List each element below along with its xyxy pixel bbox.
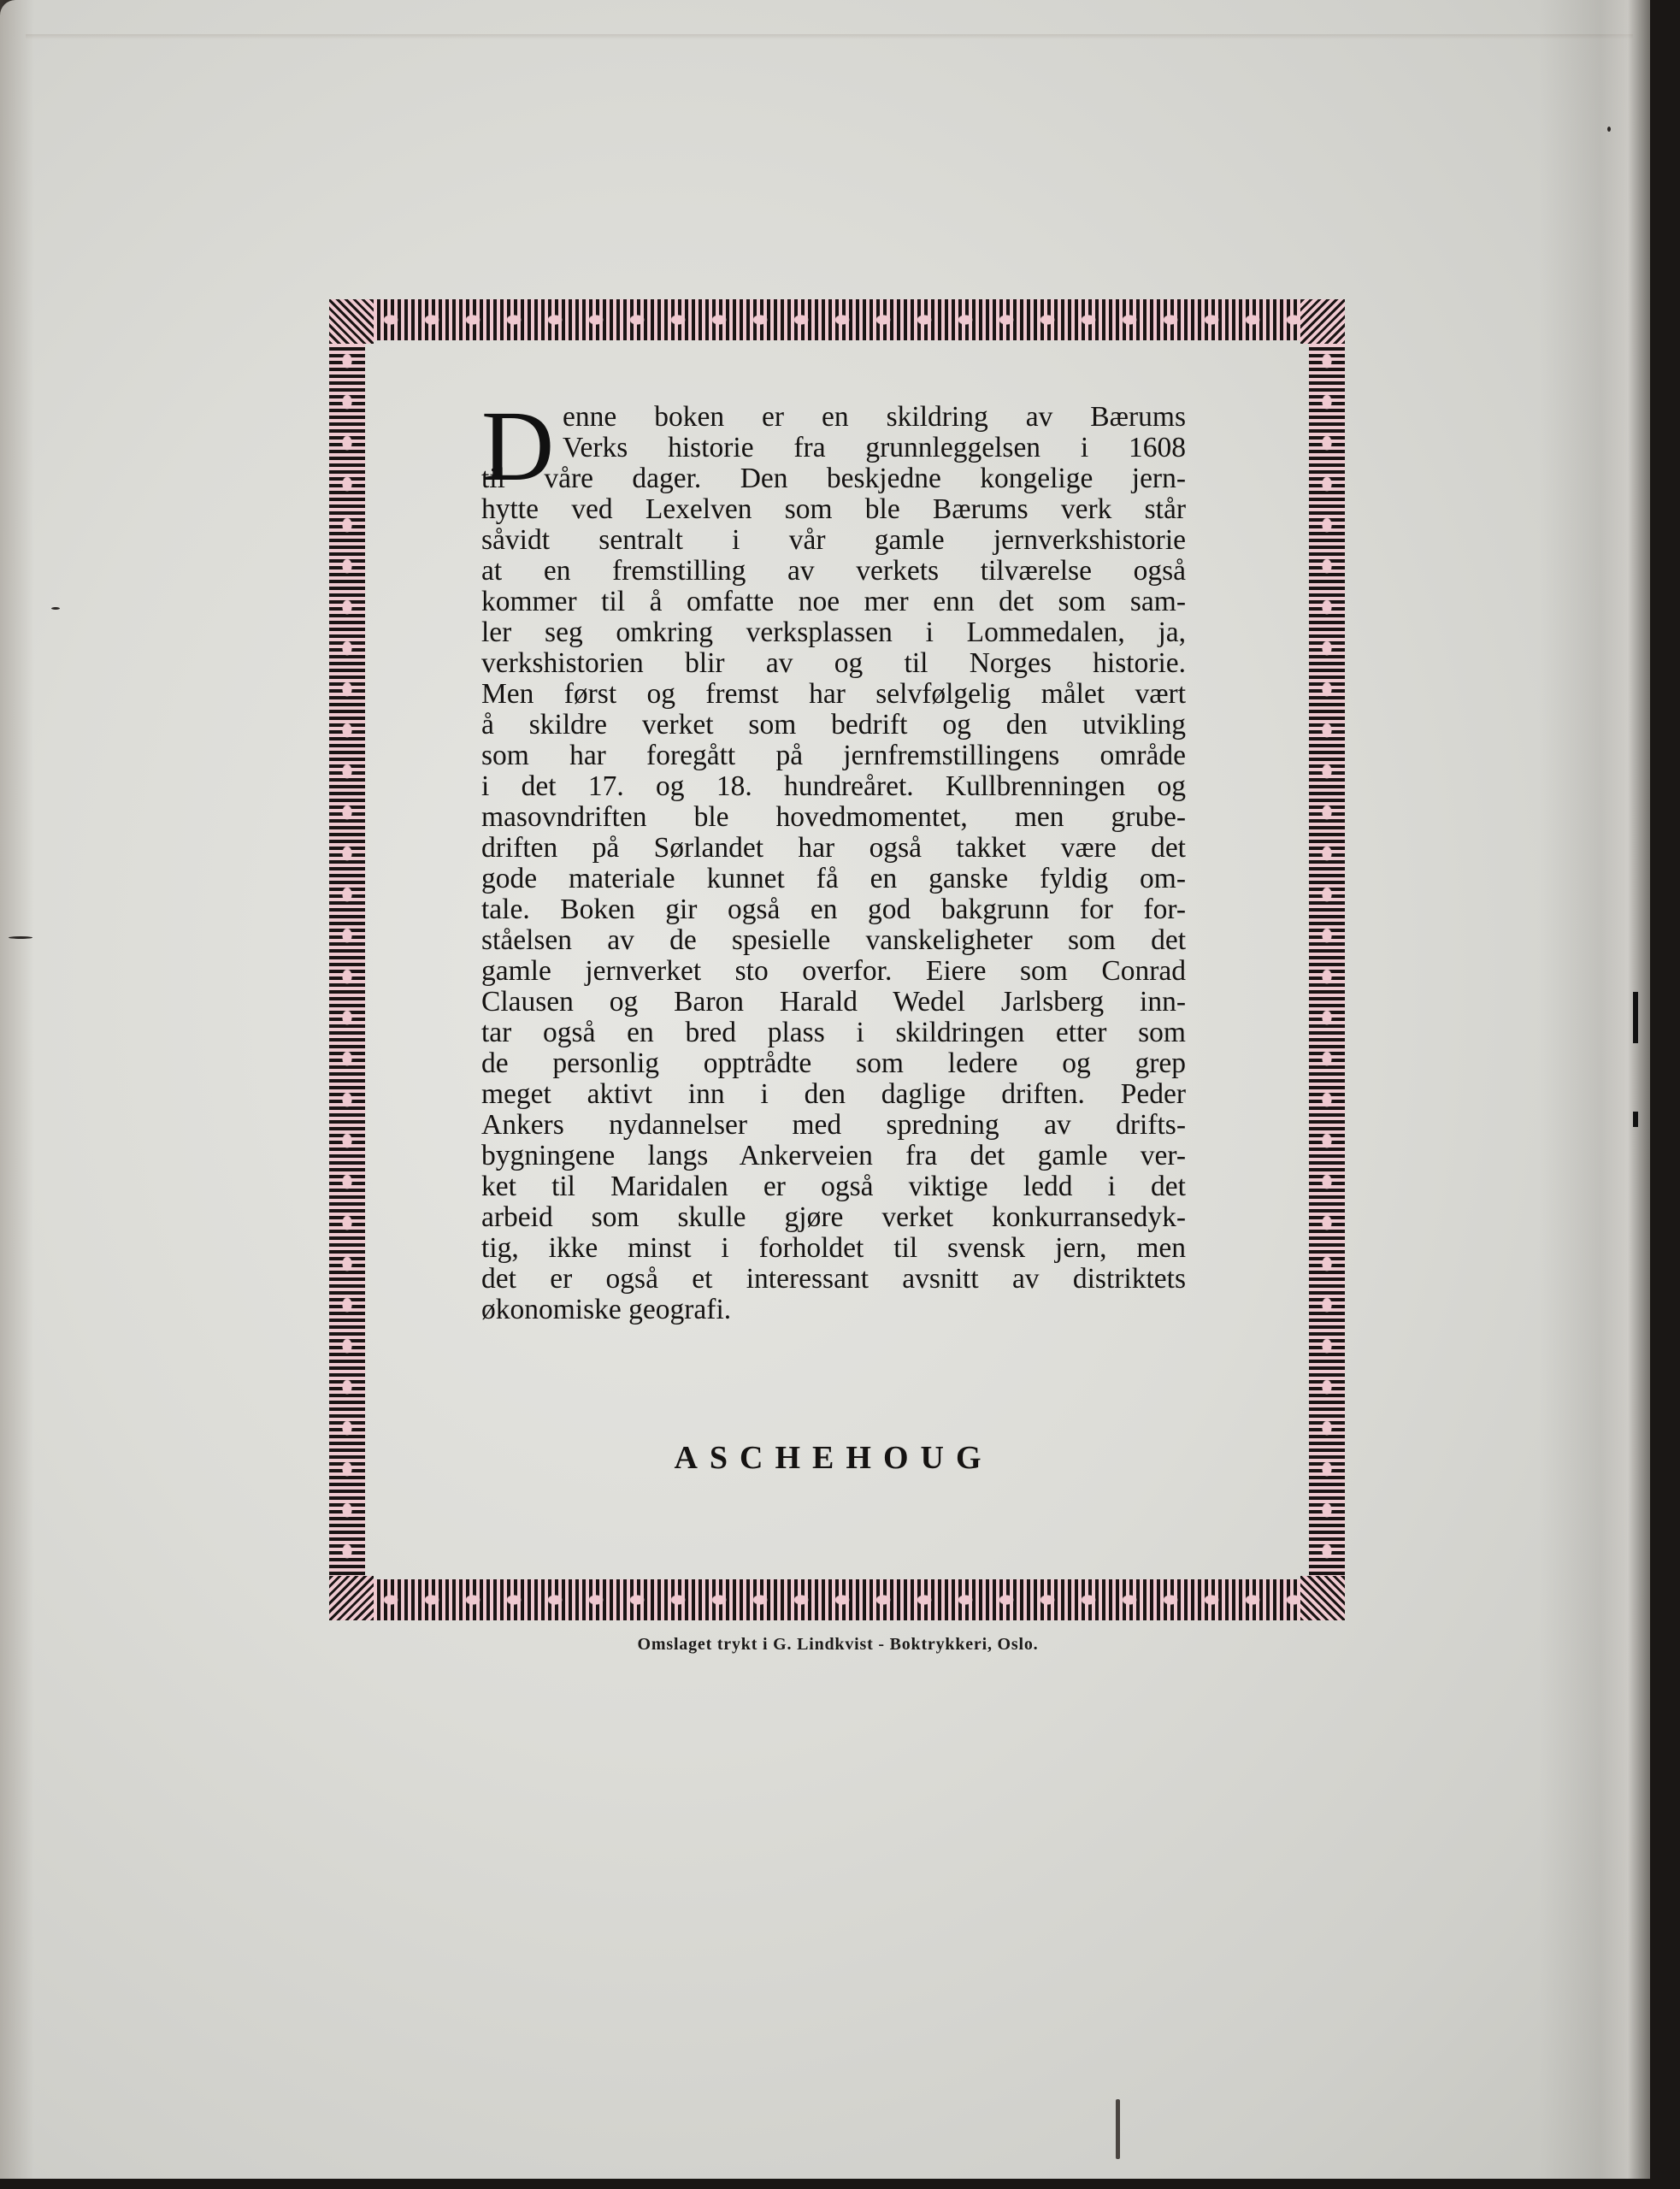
border-right — [1309, 299, 1345, 1620]
book-back-cover: D enne boken er en skildring av Bærums V… — [0, 0, 1650, 2179]
blurb-line: Men først og fremst har selvfølgelig mål… — [481, 679, 1186, 710]
border-top — [329, 299, 1345, 340]
blurb-line: såvidt sentralt i vår gamle jernverkshis… — [481, 525, 1186, 556]
blurb-line: verkshistorien blir av og til Norges his… — [481, 648, 1186, 679]
border-left — [329, 299, 365, 1620]
blurb-line: hytte ved Lexelven som ble Bærums verk s… — [481, 494, 1186, 525]
blurb-line: arbeid som skulle gjøre verket konkurran… — [481, 1202, 1186, 1233]
blurb-line: driften på Sørlandet har også takket vær… — [481, 833, 1186, 864]
blurb-line: gode materiale kunnet få en ganske fyldi… — [481, 864, 1186, 894]
paper-speck — [1607, 127, 1611, 132]
blurb-line: kommer til å omfatte noe mer enn det som… — [481, 587, 1186, 617]
blurb-line: ståelsen av de spesielle vanskeligheter … — [481, 925, 1186, 956]
blurb-line: de personlig opptrådte som ledere og gre… — [481, 1048, 1186, 1079]
blurb-line: masovndriften ble hovedmomentet, men gru… — [481, 802, 1186, 833]
drop-cap: D — [481, 402, 554, 491]
blurb-line: Verks historie fra grunnleggelsen i 1608 — [481, 433, 1186, 463]
paper-speck — [9, 936, 32, 939]
blurb-line: bygningene langs Ankerveien fra det gaml… — [481, 1141, 1186, 1171]
blurb-line: i det 17. og 18. hundreåret. Kullbrennin… — [481, 771, 1186, 802]
publisher-name: ASCHEHOUG — [481, 1439, 1186, 1477]
border-corner-top-right — [1300, 299, 1345, 344]
border-corner-bottom-left — [329, 1576, 374, 1620]
blurb-line: økonomiske geografi. — [481, 1295, 1186, 1325]
printer-credit: Omslaget trykt i G. Lindkvist - Boktrykk… — [513, 1635, 1163, 1655]
blurb-line: ket til Maridalen er også viktige ledd i… — [481, 1171, 1186, 1202]
blurb-line: gamle jernverket sto overfor. Eiere som … — [481, 956, 1186, 987]
blurb-line: at en fremstilling av verkets tilværelse… — [481, 556, 1186, 587]
blurb-line: til våre dager. Den beskjedne kongelige … — [481, 463, 1186, 494]
spine-letter-mark — [1633, 1112, 1638, 1127]
blurb-text: D enne boken er en skildring av Bærums V… — [481, 402, 1186, 1325]
blurb-line: tale. Boken gir også en god bakgrunn for… — [481, 894, 1186, 925]
blurb-line: det er også et interessant avsnitt av di… — [481, 1264, 1186, 1295]
paper-fold-crease — [26, 34, 1633, 39]
paper-speck — [51, 607, 60, 610]
blurb-line: Clausen og Baron Harald Wedel Jarlsberg … — [481, 987, 1186, 1018]
blurb-line: tig, ikke minst i forholdet til svensk j… — [481, 1233, 1186, 1264]
blurb-line: å skildre verket som bedrift og den utvi… — [481, 710, 1186, 740]
border-bottom — [329, 1579, 1345, 1620]
border-corner-bottom-right — [1300, 1576, 1345, 1620]
spine-letter-mark — [1633, 992, 1638, 1043]
border-corner-top-left — [329, 299, 374, 344]
blurb-line: meget aktivt inn i den daglige driften. … — [481, 1079, 1186, 1110]
spine-edge-shadow — [1539, 0, 1650, 2179]
blurb-line: ler seg omkring verksplassen i Lommedale… — [481, 617, 1186, 648]
paper-speck — [1116, 2099, 1120, 2159]
blurb-line: som har foregått på jernfremstillingens … — [481, 740, 1186, 771]
blurb-line: Ankers nydannelser med spredning av drif… — [481, 1110, 1186, 1141]
blurb-line: enne boken er en skildring av Bærums — [481, 402, 1186, 433]
blurb-line: tar også en bred plass i skildringen ett… — [481, 1018, 1186, 1048]
